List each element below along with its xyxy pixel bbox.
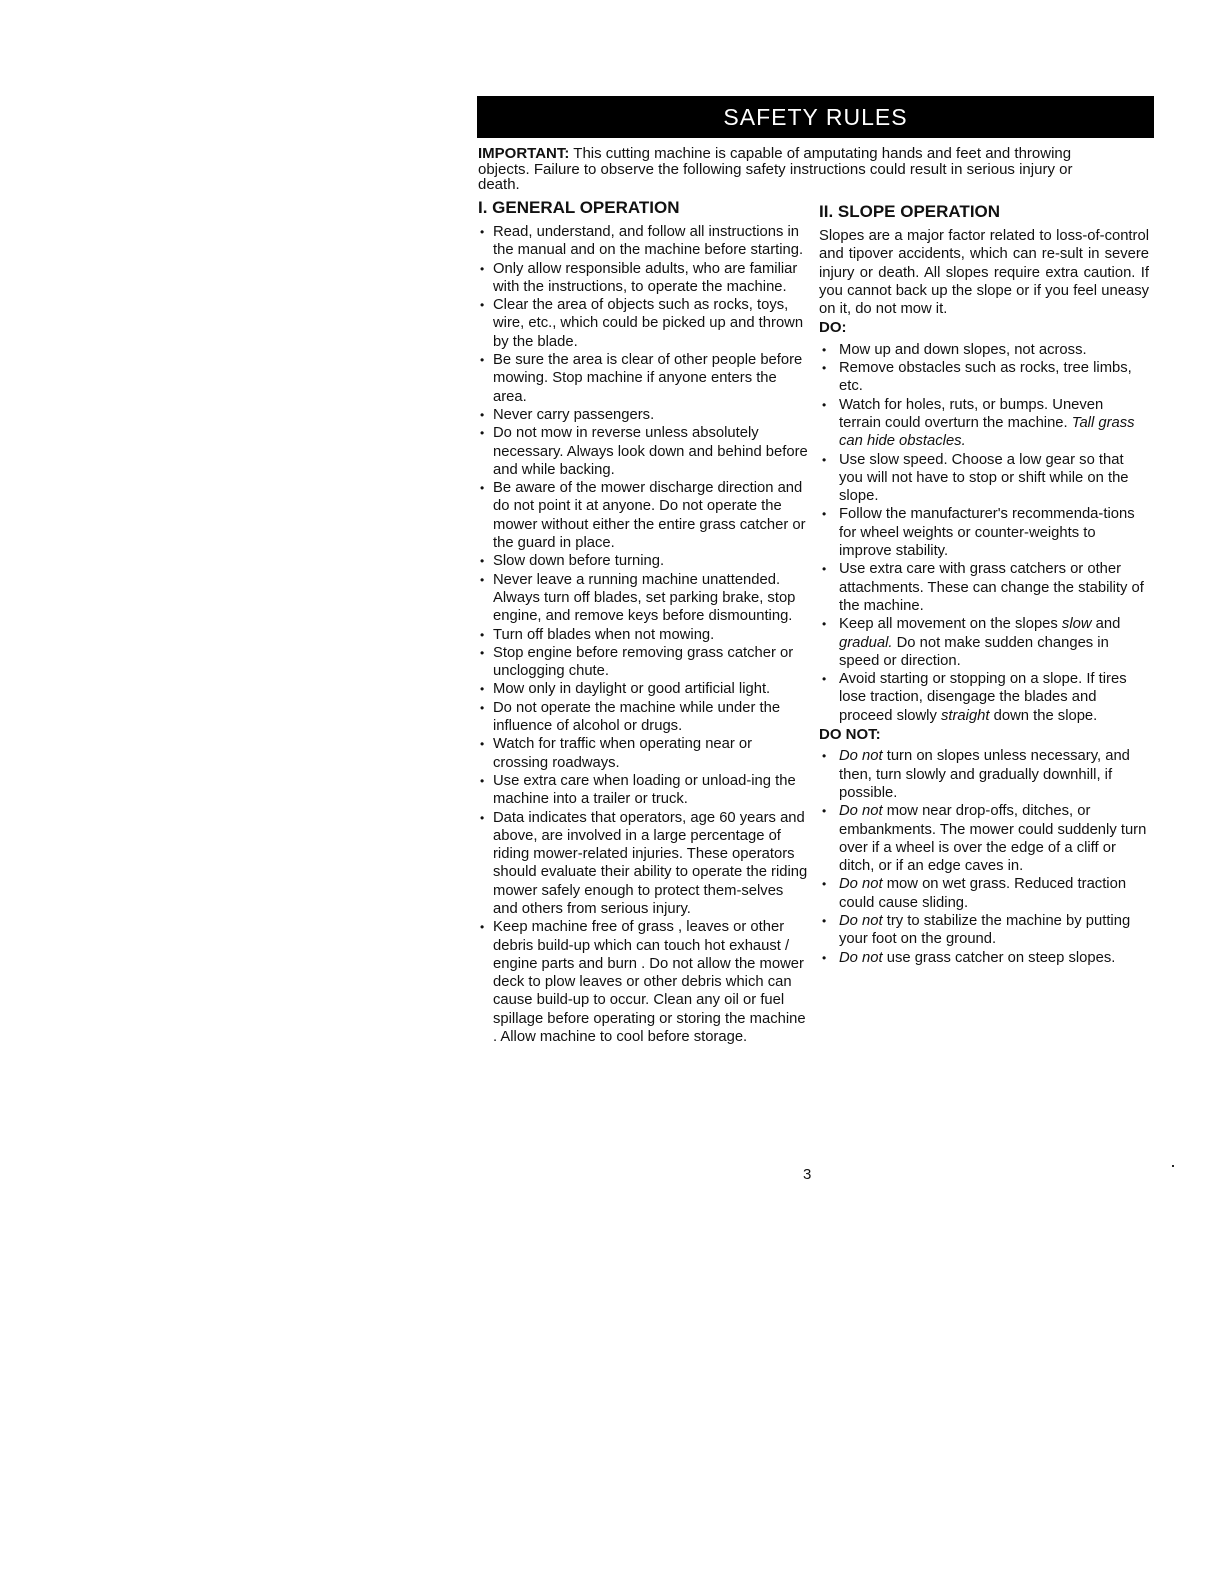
list-item: Keep machine free of grass , leaves or o…: [478, 918, 808, 1046]
list-item: Read, understand, and follow all instruc…: [478, 223, 808, 260]
section-title-bar: SAFETY RULES: [477, 96, 1154, 138]
do-list: Mow up and down slopes, not across. Remo…: [819, 341, 1149, 725]
list-item: Mow only in daylight or good artificial …: [478, 680, 808, 698]
general-operation-list: Read, understand, and follow all instruc…: [478, 223, 808, 1046]
do-not-heading: DO NOT:: [819, 726, 1149, 744]
list-item: Do not mow in reverse unless absolutely …: [478, 424, 808, 479]
list-item: Watch for traffic when operating near or…: [478, 735, 808, 772]
list-item: Do not mow on wet grass. Reduced tractio…: [819, 875, 1149, 912]
list-item: Stop engine before removing grass catche…: [478, 644, 808, 681]
important-notice: IMPORTANT: This cutting machine is capab…: [478, 146, 1118, 193]
list-item: Mow up and down slopes, not across.: [819, 341, 1149, 359]
important-label: IMPORTANT:: [478, 145, 569, 162]
slope-intro-paragraph: Slopes are a major factor related to los…: [819, 227, 1149, 318]
list-item: Remove obstacles such as rocks, tree lim…: [819, 359, 1149, 396]
page-number: 3: [803, 1166, 811, 1183]
list-item: Avoid starting or stopping on a slope. I…: [819, 670, 1149, 725]
list-item: Clear the area of objects such as rocks,…: [478, 296, 808, 351]
do-heading: DO:: [819, 319, 1149, 337]
list-item: Use extra care when loading or unload-in…: [478, 772, 808, 809]
page-title: SAFETY RULES: [723, 104, 907, 130]
list-item: Follow the manufacturer's recommenda-tio…: [819, 505, 1149, 560]
general-operation-heading: I. GENERAL OPERATION: [478, 198, 808, 218]
list-item: Do not try to stabilize the machine by p…: [819, 912, 1149, 949]
slope-operation-section: II. SLOPE OPERATION Slopes are a major f…: [819, 202, 1149, 967]
list-item: Data indicates that operators, age 60 ye…: [478, 809, 808, 919]
list-item: Only allow responsible adults, who are f…: [478, 260, 808, 297]
list-item: Do not turn on slopes unless necessary, …: [819, 747, 1149, 802]
list-item: Do not use grass catcher on steep slopes…: [819, 949, 1149, 967]
list-item: Never carry passengers.: [478, 406, 808, 424]
list-item: Use extra care with grass catchers or ot…: [819, 560, 1149, 615]
scan-artifact-dot: [1172, 1165, 1174, 1167]
do-not-list: Do not turn on slopes unless necessary, …: [819, 747, 1149, 967]
slope-operation-heading: II. SLOPE OPERATION: [819, 202, 1149, 222]
list-item: Be aware of the mower discharge directio…: [478, 479, 808, 552]
list-item: Slow down before turning.: [478, 552, 808, 570]
general-operation-section: I. GENERAL OPERATION Read, understand, a…: [478, 198, 808, 1046]
list-item: Use slow speed. Choose a low gear so tha…: [819, 451, 1149, 506]
list-item: Do not operate the machine while under t…: [478, 699, 808, 736]
list-item: Do not mow near drop-offs, ditches, or e…: [819, 802, 1149, 875]
list-item: Turn off blades when not mowing.: [478, 626, 808, 644]
list-item: Watch for holes, ruts, or bumps. Uneven …: [819, 396, 1149, 451]
list-item: Be sure the area is clear of other peopl…: [478, 351, 808, 406]
list-item: Never leave a running machine unattended…: [478, 571, 808, 626]
list-item: Keep all movement on the slopes slow and…: [819, 615, 1149, 670]
